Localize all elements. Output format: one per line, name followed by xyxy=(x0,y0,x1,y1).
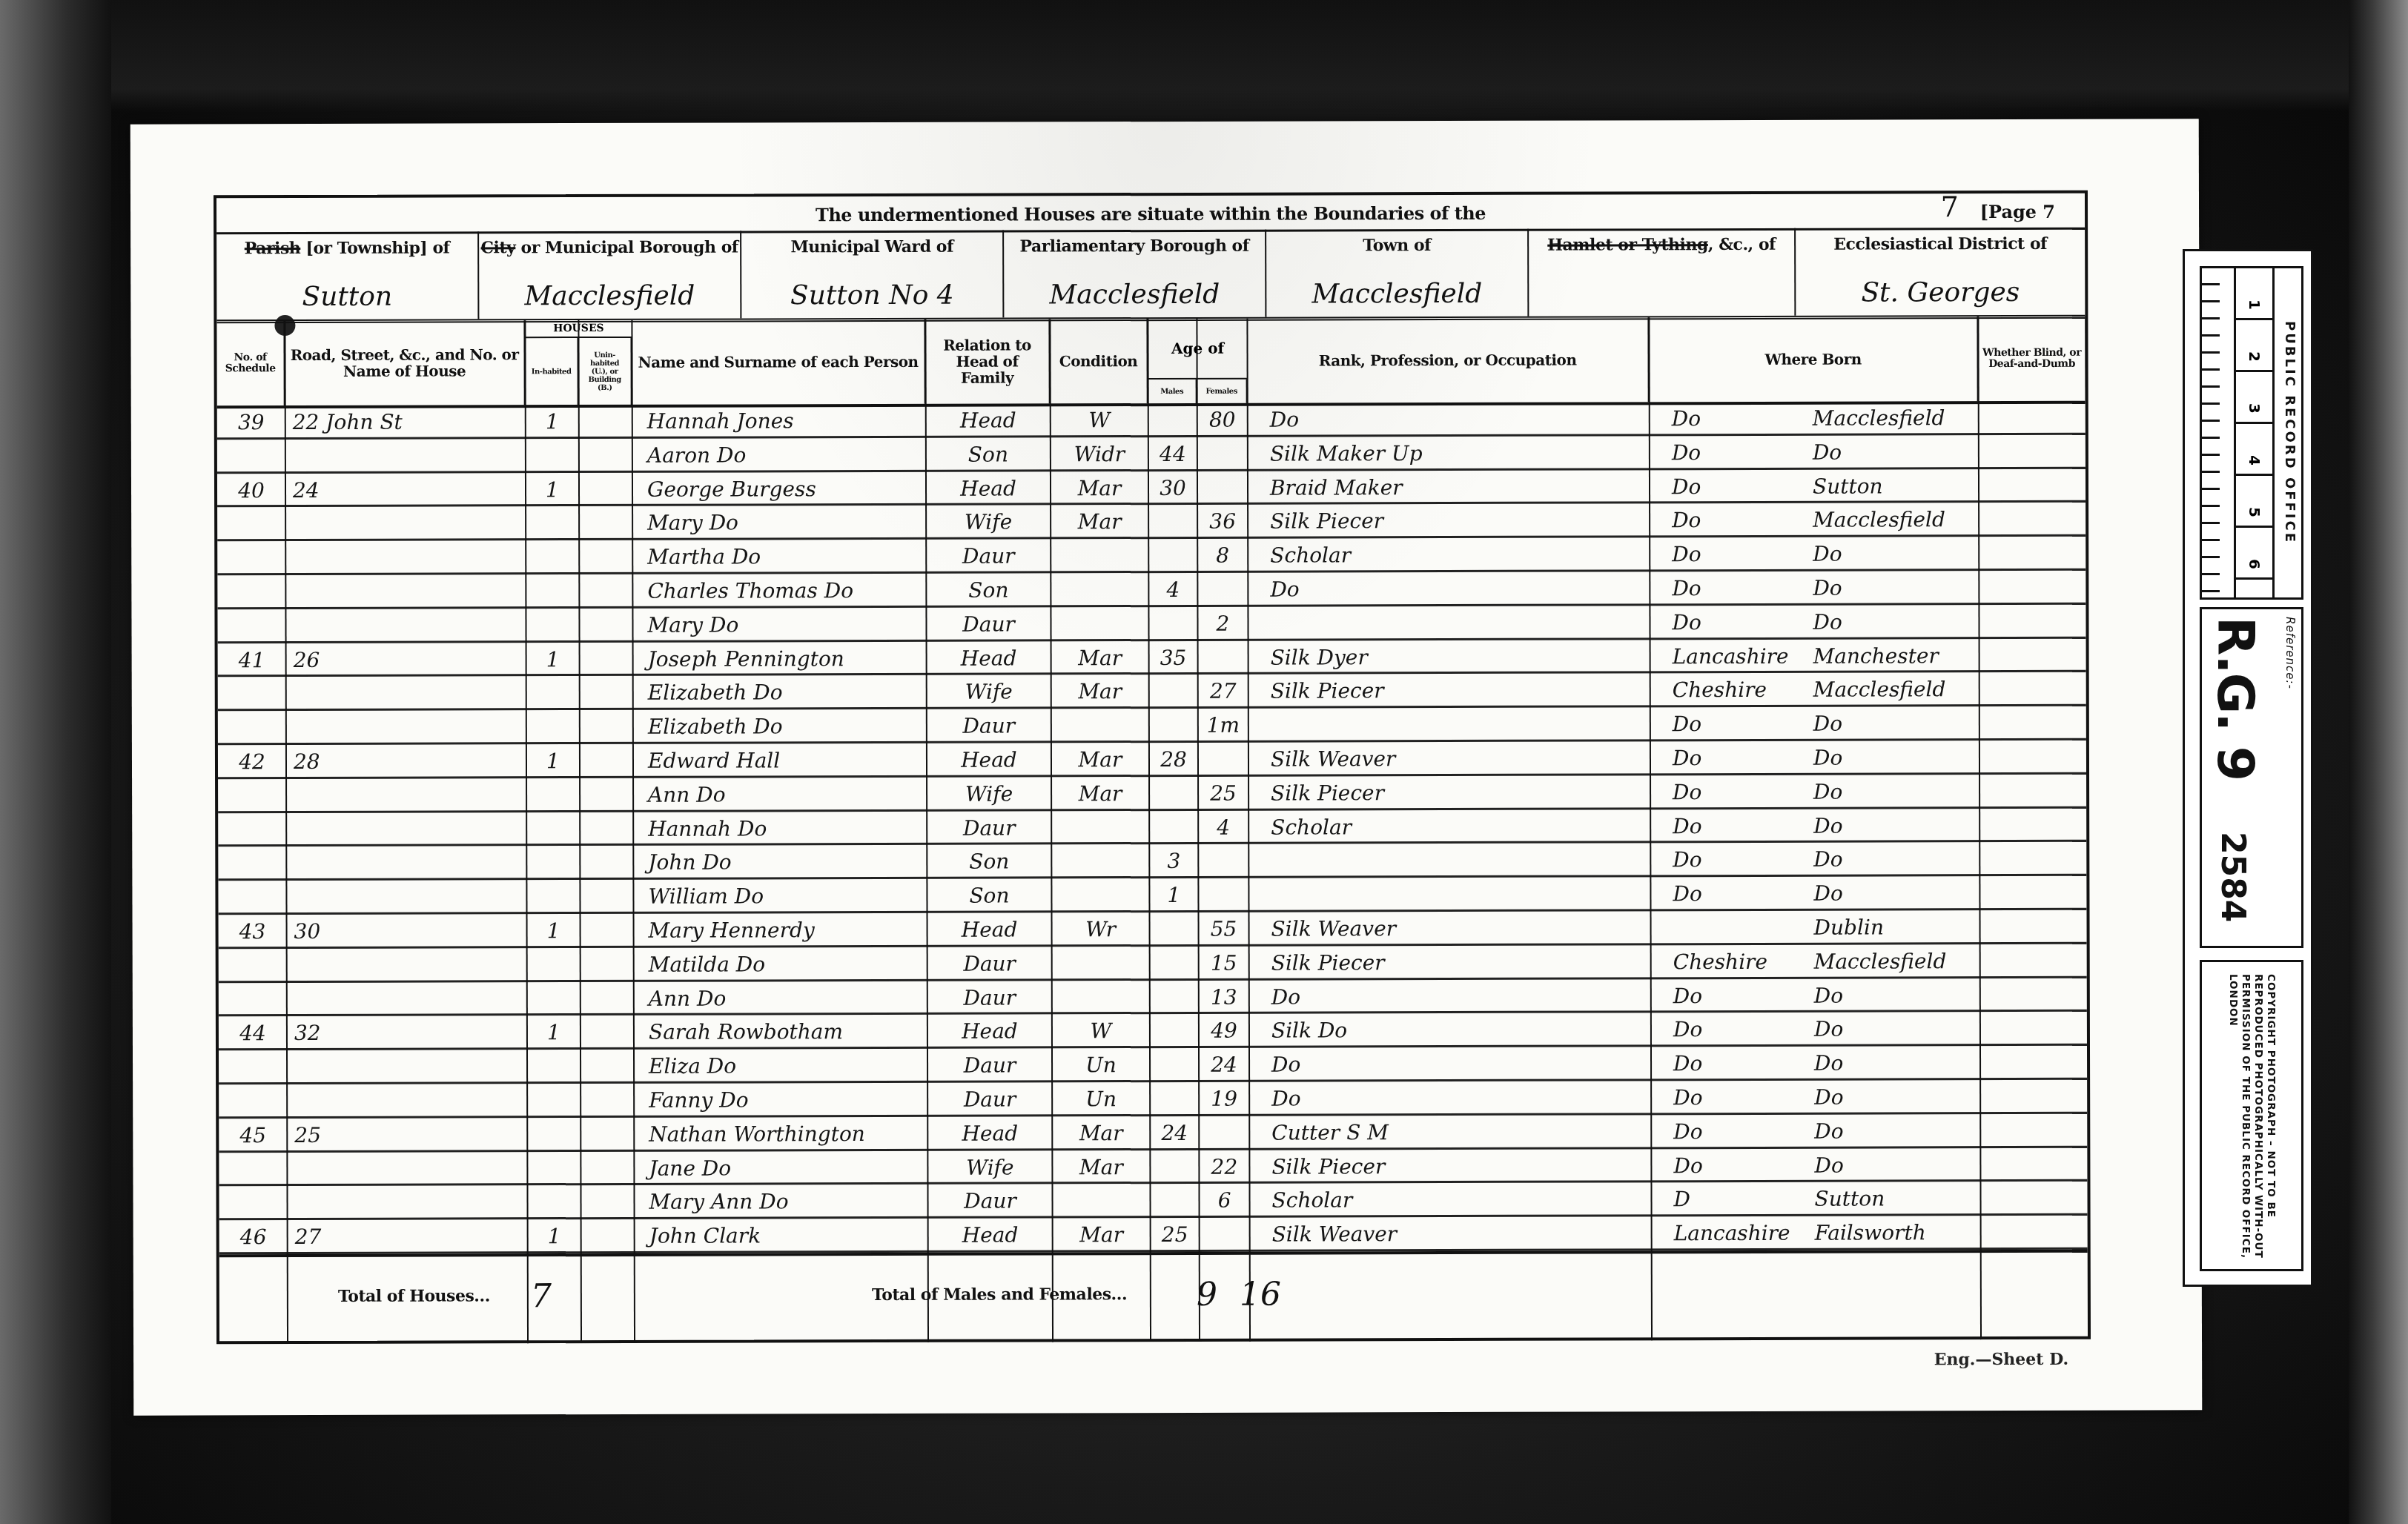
male-age: 30 xyxy=(1148,471,1197,501)
birth-place: Macclesfield xyxy=(1805,503,1976,534)
person-name: Mary Ann Do xyxy=(641,1185,927,1216)
table-row: 4525Nathan WorthingtonHeadMar24Cutter S … xyxy=(219,1114,2087,1153)
birth-place: Do xyxy=(1806,809,1977,840)
inhabited-count: 1 xyxy=(527,1016,580,1046)
boundary-cell: Ecclesiastical District ofSt. Georges xyxy=(1796,228,2085,316)
table-row: Jane DoWifeMar22Silk PiecerDoDo xyxy=(219,1147,2087,1186)
series-code: R.G. 9 xyxy=(2208,617,2261,780)
birth-place: Macclesfield xyxy=(1805,401,1976,432)
occupation: Cutter S M xyxy=(1264,1115,1651,1146)
relation: Daur xyxy=(927,1185,1052,1215)
occupation: Silk Weaver xyxy=(1265,1216,1652,1248)
inhabited-count: 1 xyxy=(526,744,580,775)
boundary-value: Macclesfield xyxy=(479,281,740,312)
birth-place: Do xyxy=(1807,1013,1977,1044)
condition: Mar xyxy=(1051,471,1148,502)
table-row: 46271John ClarkHeadMar25Silk WeaverLanca… xyxy=(219,1216,2088,1254)
table-row: Aaron DoSonWidr44Silk Maker UpDoDo xyxy=(217,435,2085,474)
schedule-number: 40 xyxy=(217,474,285,504)
house-address: 27 xyxy=(288,1219,528,1250)
boundary-label-struck: Hamlet or Tything xyxy=(1547,235,1708,255)
birth-place: Do xyxy=(1807,1080,1977,1111)
relation: Son xyxy=(927,879,1051,910)
column-header-relation: Relation to Head of Family xyxy=(925,319,1050,403)
female-age: 22 xyxy=(1199,1150,1249,1180)
person-name: John Do xyxy=(641,845,927,876)
column-header-name: Name and Surname of each Person xyxy=(632,319,925,405)
office-label: PUBLIC RECORD OFFICE xyxy=(2282,321,2298,544)
birth-county: Lancashire xyxy=(1667,1216,1807,1247)
house-address: 26 xyxy=(286,643,526,674)
birth-place: Manchester xyxy=(1806,639,1977,670)
house-address: 32 xyxy=(287,1016,527,1047)
schedule-number: 46 xyxy=(219,1220,288,1250)
relation: Daur xyxy=(926,540,1051,570)
relation: Head xyxy=(927,912,1052,943)
ruler-number-text: 3 xyxy=(2245,403,2263,414)
occupation: Scholar xyxy=(1263,809,1650,841)
female-age: 24 xyxy=(1199,1048,1249,1079)
relation: Wife xyxy=(927,1150,1052,1181)
birth-place: Sutton xyxy=(1805,469,1976,500)
ruler-number: 4 xyxy=(2236,424,2272,476)
relation: Daur xyxy=(927,947,1052,977)
male-age: 4 xyxy=(1148,573,1197,603)
occupation: Silk Maker Up xyxy=(1263,436,1650,467)
male-age: 24 xyxy=(1150,1116,1199,1147)
birth-place: Sutton xyxy=(1807,1182,1977,1213)
female-age: 6 xyxy=(1199,1184,1249,1214)
relation: Son xyxy=(926,437,1051,468)
birth-place: Do xyxy=(1806,706,1977,738)
ruler-numbers: 123456 xyxy=(2236,268,2275,597)
male-age: 35 xyxy=(1149,640,1198,671)
birth-county: Do xyxy=(1665,843,1806,873)
column-header-schedule: No. of Schedule xyxy=(216,321,285,405)
boundary-cell: Parish [or Township] ofSutton xyxy=(216,231,479,319)
person-name: Aaron Do xyxy=(640,438,926,469)
house-address: 28 xyxy=(286,744,526,775)
boundary-label: Parish [or Township] of xyxy=(216,239,477,257)
person-name: Charles Thomas Do xyxy=(640,574,926,605)
reference-card: 123456 PUBLIC RECORD OFFICE Reference:- … xyxy=(2183,249,2313,1287)
boundary-value: Sutton xyxy=(216,281,477,312)
female-age: 13 xyxy=(1199,980,1249,1010)
total-houses-label: Total of Houses... xyxy=(338,1286,490,1306)
male-age: 28 xyxy=(1149,743,1198,773)
birth-place: Do xyxy=(1807,1148,1977,1179)
table-row: John DoSon3DoDo xyxy=(218,842,2086,881)
ruler-number: 3 xyxy=(2236,372,2272,424)
condition: Un xyxy=(1052,1048,1150,1079)
birth-county: Do xyxy=(1666,1115,1807,1145)
schedule-number: 45 xyxy=(219,1119,287,1149)
ruler-number: 2 xyxy=(2236,320,2272,372)
table-row: Mary DoWifeMar36Silk PiecerDoMacclesfiel… xyxy=(217,503,2085,541)
occupation: Do xyxy=(1264,1047,1651,1078)
boundary-label: Hamlet or Tything, &c., of xyxy=(1529,236,1794,254)
birth-county: Do xyxy=(1665,775,1806,806)
birth-county: Lancashire xyxy=(1665,639,1806,669)
boundary-value: St. Georges xyxy=(1796,277,2085,308)
inhabited-count: 1 xyxy=(528,1219,581,1250)
birth-place: Do xyxy=(1805,537,1976,568)
table-row: Hannah DoDaur4ScholarDoDo xyxy=(218,808,2086,847)
column-header-occupation: Rank, Profession, or Occupation xyxy=(1247,317,1649,402)
scan-background-top xyxy=(0,0,2408,111)
person-name: John Clark xyxy=(642,1219,928,1250)
birth-county: Do xyxy=(1664,503,1805,534)
birth-county: Do xyxy=(1664,402,1805,432)
inhabited-count: 1 xyxy=(526,643,580,673)
folio-number: 7 xyxy=(1941,190,1959,223)
birth-county: Do xyxy=(1664,436,1805,466)
relation: Head xyxy=(927,743,1051,773)
table-row: Mary Ann DoDaur6ScholarDSutton xyxy=(219,1182,2087,1220)
female-age: 36 xyxy=(1197,505,1248,535)
relation: Head xyxy=(927,1116,1052,1147)
female-age: 2 xyxy=(1197,607,1248,637)
inhabited-count: 1 xyxy=(527,914,580,944)
person-name: Jane Do xyxy=(641,1150,927,1182)
column-header-road: Road, Street, &c., and No. or Name of Ho… xyxy=(285,320,525,405)
condition: Mar xyxy=(1051,777,1149,807)
boundary-value: Macclesfield xyxy=(1266,279,1527,310)
birth-county: Do xyxy=(1665,741,1806,772)
occupation: Do xyxy=(1263,571,1650,603)
inhabited-count: 1 xyxy=(526,473,579,503)
scan-background-right xyxy=(2349,0,2408,1524)
column-headers: No. of ScheduleRoad, Street, &c., and No… xyxy=(216,317,2085,409)
schedule-number: 41 xyxy=(218,643,286,674)
birth-place: Dublin xyxy=(1807,910,1977,941)
person-name: Ann Do xyxy=(641,778,927,809)
table-row: 41261Joseph PenningtonHeadMar35Silk Dyer… xyxy=(218,638,2086,677)
condition: Mar xyxy=(1051,505,1148,535)
relation: Daur xyxy=(927,1082,1052,1113)
person-name: George Burgess xyxy=(640,471,926,503)
occupation: Scholar xyxy=(1264,1183,1651,1214)
schedule-number: 39 xyxy=(217,405,285,436)
column-header-males: Males xyxy=(1148,380,1197,403)
table-row: 43301Mary HennerdyHeadWr55Silk WeaverDub… xyxy=(219,910,2087,949)
person-name: Joseph Pennington xyxy=(641,641,927,672)
birth-place: Do xyxy=(1805,435,1976,466)
copyright-text: COPYRIGHT PHOTOGRAPH – NOT TO BE REPRODU… xyxy=(2226,974,2277,1269)
female-age: 15 xyxy=(1199,947,1249,977)
boundary-value xyxy=(1529,308,1794,309)
boundary-value: Sutton No 4 xyxy=(741,280,1002,311)
male-age: 44 xyxy=(1148,437,1197,468)
occupation: Braid Maker xyxy=(1263,470,1650,501)
office-label-wrap: PUBLIC RECORD OFFICE xyxy=(2275,268,2304,597)
female-age: 55 xyxy=(1199,912,1249,943)
condition: Mar xyxy=(1053,1218,1151,1248)
boundary-label: Ecclesiastical District of xyxy=(1796,235,2085,254)
birth-place: Do xyxy=(1806,843,1977,874)
condition: W xyxy=(1051,403,1148,434)
relation: Daur xyxy=(927,709,1051,740)
birth-county: Cheshire xyxy=(1666,945,1807,975)
occupation: Scholar xyxy=(1263,537,1650,569)
table-row: Matilda DoDaur15Silk PiecerCheshireMaccl… xyxy=(219,944,2087,983)
female-age: 4 xyxy=(1198,810,1248,841)
female-age: 80 xyxy=(1197,403,1248,434)
birth-county: Do xyxy=(1664,537,1805,568)
schedule-number: 42 xyxy=(218,745,286,775)
birth-place: Do xyxy=(1806,741,1977,772)
person-name: Fanny Do xyxy=(641,1083,927,1114)
occupation: Silk Dyer xyxy=(1263,640,1650,671)
birth-county: Do xyxy=(1666,1013,1807,1043)
copyright-box: COPYRIGHT PHOTOGRAPH – NOT TO BE REPRODU… xyxy=(2200,960,2303,1271)
ruler-number-text: 6 xyxy=(2245,559,2263,569)
column-header-where_born: Where Born xyxy=(1649,317,1978,402)
relation: Son xyxy=(927,845,1051,875)
boundary-value: Macclesfield xyxy=(1004,279,1265,311)
relation: Daur xyxy=(927,981,1052,1011)
male-age: 1 xyxy=(1149,878,1198,909)
birth-place: Do xyxy=(1806,876,1977,907)
relation: Son xyxy=(926,573,1051,603)
boundary-cell: Hamlet or Tything, &c., of xyxy=(1529,228,1796,317)
birth-place: Do xyxy=(1805,605,1976,636)
male-age: 25 xyxy=(1151,1218,1200,1248)
relation: Daur xyxy=(927,1049,1052,1079)
relation: Head xyxy=(926,403,1051,434)
table-row: Elizabeth DoDaur1mDoDo xyxy=(218,706,2086,745)
birth-county: Do xyxy=(1664,606,1805,636)
occupation: Silk Piecer xyxy=(1263,504,1650,535)
house-address: 25 xyxy=(287,1118,527,1149)
ruler-number-text: 1 xyxy=(2245,299,2263,310)
person-name: Matilda Do xyxy=(641,947,927,978)
relation: Daur xyxy=(927,811,1051,841)
female-age: 8 xyxy=(1197,539,1248,569)
ruler-number-text: 4 xyxy=(2245,455,2263,466)
ruler-number-text: 2 xyxy=(2245,351,2263,362)
table-row: 40241George BurgessHeadMar30Braid MakerD… xyxy=(217,468,2085,507)
person-name: Ann Do xyxy=(641,981,927,1012)
total-houses-value: 7 xyxy=(531,1277,552,1315)
birth-place: Do xyxy=(1805,571,1976,602)
ruler-number: 6 xyxy=(2236,528,2272,580)
occupation: Silk Piecer xyxy=(1264,1149,1651,1180)
birth-place: Macclesfield xyxy=(1807,944,1977,975)
boundary-label-struck: City xyxy=(481,238,516,257)
male-age: 3 xyxy=(1149,844,1198,875)
boundary-label: Parliamentary Borough of xyxy=(1004,237,1265,256)
condition: Mar xyxy=(1051,743,1149,773)
birth-county: Do xyxy=(1666,1047,1807,1077)
house-address: 30 xyxy=(287,914,527,945)
table-row: Ann DoWifeMar25Silk PiecerDoDo xyxy=(218,775,2086,813)
female-age: 49 xyxy=(1199,1014,1249,1044)
occupation: Silk Do xyxy=(1264,1013,1651,1044)
person-name: Mary Do xyxy=(640,506,926,537)
column-header-condition: Condition xyxy=(1050,319,1148,403)
boundary-cell: Parliamentary Borough ofMacclesfield xyxy=(1004,230,1266,318)
schedule-number: 43 xyxy=(219,915,287,945)
table-row: Charles Thomas DoSon4DoDoDo xyxy=(217,571,2085,609)
column-header-uninhabited: Unin-habited (U.), or Building (B.) xyxy=(578,338,632,405)
ruler-ticks xyxy=(2202,268,2236,597)
birth-county: Cheshire xyxy=(1665,673,1806,703)
house-address: 24 xyxy=(285,473,526,504)
piece-number: 2584 xyxy=(2215,832,2249,922)
person-name: Edward Hall xyxy=(641,743,927,775)
reference-label: Reference:- xyxy=(2283,617,2297,689)
person-name: Mary Hennerdy xyxy=(641,913,927,944)
occupation: Do xyxy=(1264,979,1651,1010)
boundary-label: Town of xyxy=(1266,236,1527,255)
condition: Mar xyxy=(1051,675,1149,705)
table-row: Fanny DoDaurUn19DoDoDo xyxy=(219,1080,2087,1119)
boundary-label: Municipal Ward of xyxy=(741,238,1002,256)
sheet-label: Eng.—Sheet D. xyxy=(1934,1350,2069,1369)
table-row: William DoSon1DoDo xyxy=(218,876,2086,915)
birth-county: Do xyxy=(1666,1081,1807,1111)
person-name: Sarah Rowbotham xyxy=(641,1015,927,1046)
birth-place: Do xyxy=(1807,1046,1977,1077)
occupation: Silk Piecer xyxy=(1264,945,1651,976)
column-header-inhabited: In-habited xyxy=(525,338,578,405)
condition: Mar xyxy=(1052,1116,1150,1147)
table-row: Martha DoDaur8ScholarDoDo xyxy=(217,537,2085,575)
boundary-cell: Municipal Ward ofSutton No 4 xyxy=(741,231,1004,319)
relation: Wife xyxy=(927,777,1051,807)
relation: Head xyxy=(927,1015,1052,1045)
occupation: Do xyxy=(1263,402,1650,433)
female-age: 1m xyxy=(1198,709,1248,739)
table-row: 44321Sarah RowbothamHeadW49Silk DoDoDo xyxy=(219,1012,2087,1050)
birth-county: Do xyxy=(1664,571,1805,602)
female-age: 25 xyxy=(1198,777,1248,807)
condition: Wr xyxy=(1052,912,1150,943)
household-rows: 3922 John St1Hannah JonesHeadW80DoDoMacc… xyxy=(217,401,2088,1255)
scale-ruler: 123456 PUBLIC RECORD OFFICE xyxy=(2200,266,2303,600)
census-form: The undermentioned Houses are situate wi… xyxy=(214,190,2091,1345)
birth-county: Do xyxy=(1664,469,1805,500)
occupation: Silk Weaver xyxy=(1263,741,1650,772)
female-age: 19 xyxy=(1199,1082,1249,1113)
occupation: Silk Weaver xyxy=(1264,911,1651,942)
column-header-blind: Whether Blind, or Deaf-and-Dumb xyxy=(1978,317,2086,401)
person-name: Mary Do xyxy=(640,608,926,639)
person-name: Nathan Worthington xyxy=(641,1117,927,1148)
birth-county: Do xyxy=(1665,809,1806,839)
condition: W xyxy=(1052,1014,1150,1044)
table-row: 42281Edward HallHeadMar28Silk WeaverDoDo xyxy=(218,741,2086,779)
ruler-number-text: 5 xyxy=(2245,507,2263,517)
inhabited-count: 1 xyxy=(526,405,579,435)
relation: Wife xyxy=(926,506,1051,536)
person-name: Eliza Do xyxy=(641,1049,927,1080)
relation: Head xyxy=(928,1219,1053,1249)
table-row: Eliza DoDaurUn24DoDoDo xyxy=(219,1046,2087,1084)
birth-county: D xyxy=(1666,1182,1807,1213)
table-row: Elizabeth DoWifeMar27Silk PiecerCheshire… xyxy=(218,672,2086,711)
total-females-value: 16 xyxy=(1240,1276,1281,1313)
totals-row: Total of Houses... 7 Total of Males and … xyxy=(219,1250,2088,1348)
person-name: Elizabeth Do xyxy=(641,675,927,706)
boundaries-row: Parish [or Township] ofSuttonCity or Mun… xyxy=(216,228,2085,324)
condition: Widr xyxy=(1051,437,1148,468)
ruler-number: 5 xyxy=(2236,476,2272,528)
female-age: 27 xyxy=(1198,675,1248,705)
birth-place: Do xyxy=(1807,978,1977,1010)
occupation: Do xyxy=(1264,1081,1651,1112)
person-name: Martha Do xyxy=(640,540,926,571)
person-name: William Do xyxy=(641,879,927,910)
birth-county xyxy=(1666,911,1807,941)
house-address: 22 John St xyxy=(285,405,526,436)
page-number: [Page 7 xyxy=(1980,201,2055,222)
birth-place: Do xyxy=(1806,775,1977,806)
table-row: 3922 John St1Hannah JonesHeadW80DoDoMacc… xyxy=(217,401,2085,440)
census-page: The undermentioned Houses are situate wi… xyxy=(130,119,2203,1415)
schedule-number: 44 xyxy=(219,1016,287,1047)
boundary-label-struck: Parish xyxy=(245,239,301,258)
condition: Mar xyxy=(1051,641,1149,672)
column-header-females: Females xyxy=(1197,380,1248,403)
title-text: The undermentioned Houses are situate wi… xyxy=(216,201,2085,228)
occupation: Silk Piecer xyxy=(1263,674,1650,705)
person-name: Hannah Do xyxy=(641,811,927,842)
relation: Daur xyxy=(926,607,1051,637)
person-name: Hannah Jones xyxy=(640,404,926,435)
condition: Mar xyxy=(1052,1150,1150,1181)
boundary-cell: City or Municipal Borough ofMacclesfield xyxy=(479,231,741,319)
reference-box: Reference:- R.G. 9 2584 xyxy=(2200,607,2303,948)
birth-county: Do xyxy=(1666,1148,1807,1179)
relation: Head xyxy=(926,471,1051,502)
birth-place: Macclesfield xyxy=(1806,673,1977,704)
relation: Head xyxy=(927,641,1051,672)
occupation: Silk Piecer xyxy=(1263,775,1650,806)
total-persons-label: Total of Males and Females... xyxy=(872,1285,1127,1305)
ruler-number: 1 xyxy=(2236,268,2272,320)
condition: Un xyxy=(1052,1082,1150,1113)
scan-background-left xyxy=(0,0,111,1524)
birth-place: Failsworth xyxy=(1807,1216,1978,1247)
relation: Wife xyxy=(927,675,1051,706)
table-row: Ann DoDaur13DoDoDo xyxy=(219,978,2087,1016)
birth-county: Do xyxy=(1665,707,1806,738)
birth-place: Do xyxy=(1807,1114,1977,1145)
birth-county: Do xyxy=(1666,978,1807,1009)
person-name: Elizabeth Do xyxy=(641,709,927,741)
boundary-cell: Town ofMacclesfield xyxy=(1266,229,1529,317)
table-row: Mary DoDaur2DoDo xyxy=(217,605,2085,643)
boundary-label: City or Municipal Borough of xyxy=(479,239,740,257)
birth-county: Do xyxy=(1665,877,1806,907)
